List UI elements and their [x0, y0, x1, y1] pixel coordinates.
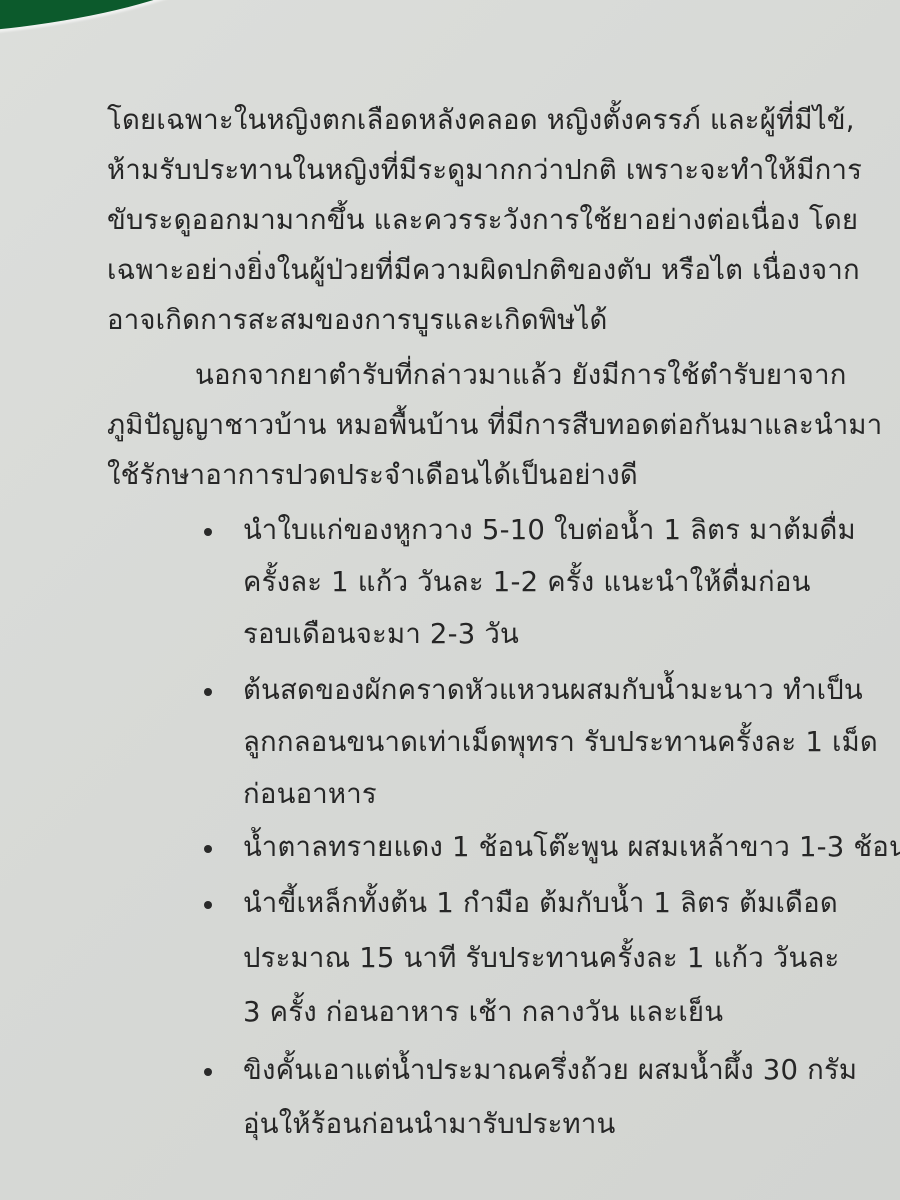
list-item-line: ต้นสดของผักคราดหัวแหวนผสมกับน้ำมะนาว ทำเ… [243, 670, 863, 710]
book-page: โดยเฉพาะในหญิงตกเลือดหลังคลอด หญิงตั้งคร… [0, 0, 900, 1200]
paragraph-line: อาจเกิดการสะสมของการบูรและเกิดพิษได้ [107, 300, 608, 340]
paragraph-line: ใช้รักษาอาการปวดประจำเดือนได้เป็นอย่างดี [107, 455, 638, 495]
list-item-line: อุ่นให้ร้อนก่อนนำมารับประทาน [243, 1104, 616, 1144]
list-item-line: ประมาณ 15 นาที รับประทานครั้งละ 1 แก้ว ว… [243, 938, 839, 978]
list-item-line: น้ำตาลทรายแดง 1 ช้อนโต๊ะพูน ผสมเหล้าขาว … [243, 827, 900, 867]
list-item-line: ลูกกลอนขนาดเท่าเม็ดพุทรา รับประทานครั้งล… [243, 722, 878, 762]
bullet-icon [204, 1068, 212, 1076]
list-item-line: นำใบแก่ของหูกวาง 5-10 ใบต่อน้ำ 1 ลิตร มา… [243, 510, 856, 550]
bullet-icon [204, 688, 212, 696]
list-item-line: รอบเดือนจะมา 2-3 วัน [243, 614, 519, 654]
list-item-line: นำขี้เหล็กทั้งต้น 1 กำมือ ต้มกับน้ำ 1 ลิ… [243, 883, 838, 923]
paragraph-line: ห้ามรับประทานในหญิงที่มีระดูมากกว่าปกติ … [107, 150, 862, 190]
list-item-line: ครั้งละ 1 แก้ว วันละ 1-2 ครั้ง แนะนำให้ด… [243, 562, 811, 602]
bullet-icon [204, 528, 212, 536]
list-item-line: ขิงคั้นเอาแต่น้ำประมาณครึ่งถ้วย ผสมน้ำผึ… [243, 1050, 857, 1090]
bullet-icon [204, 901, 212, 909]
paragraph-line: เฉพาะอย่างยิ่งในผู้ป่วยที่มีความผิดปกติข… [107, 250, 860, 290]
paragraph-line: นอกจากยาตำรับที่กล่าวมาแล้ว ยังมีการใช้ต… [195, 355, 847, 395]
list-item-line: 3 ครั้ง ก่อนอาหาร เช้า กลางวัน และเย็น [243, 992, 723, 1032]
bullet-icon [204, 845, 212, 853]
paragraph-line: โดยเฉพาะในหญิงตกเลือดหลังคลอด หญิงตั้งคร… [107, 100, 855, 140]
paragraph-line: ขับระดูออกมามากขึ้น และควรระวังการใช้ยาอ… [107, 200, 858, 240]
paragraph-line: ภูมิปัญญาชาวบ้าน หมอพื้นบ้าน ที่มีการสืบ… [107, 405, 882, 445]
list-item-line: ก่อนอาหาร [243, 774, 377, 814]
